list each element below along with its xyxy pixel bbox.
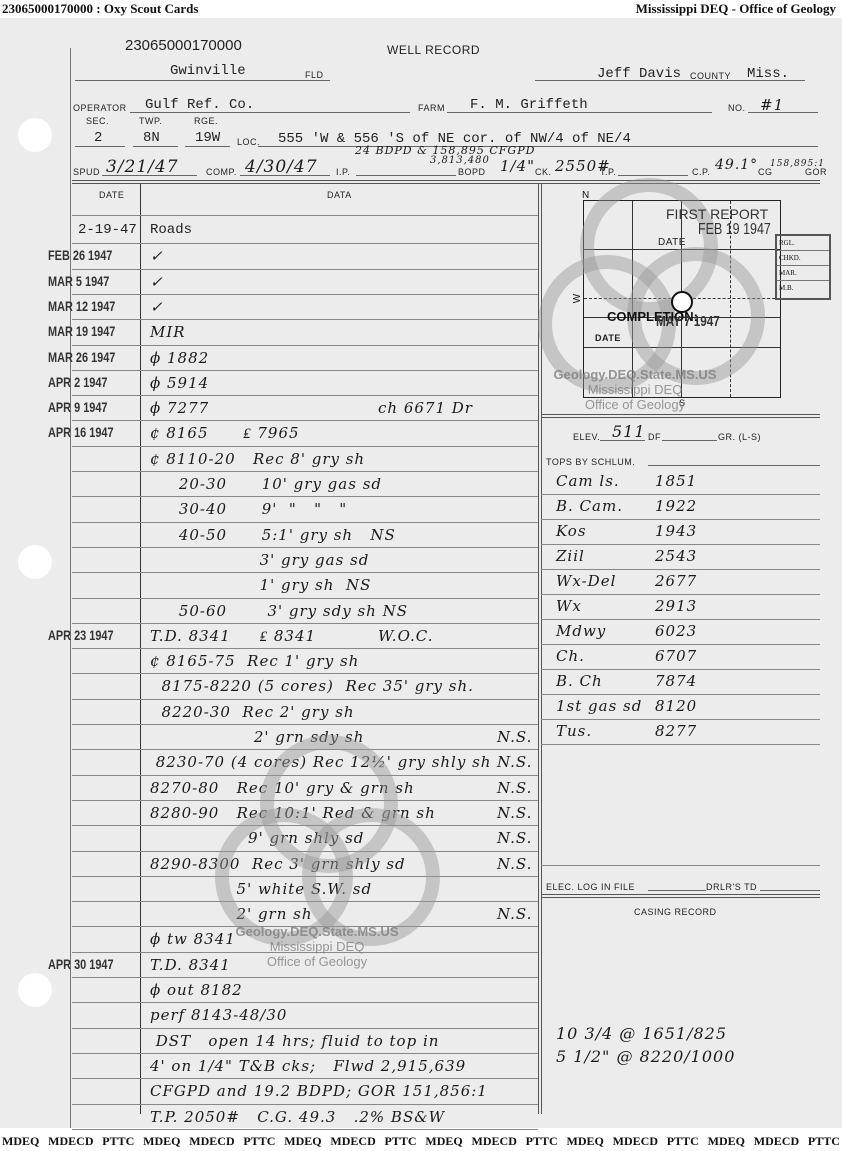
row-rule bbox=[72, 446, 538, 447]
choke-value: 1/4" bbox=[500, 157, 535, 175]
footer-tags: MDEQMDECDPTTCMDEQMDECDPTTCMDEQMDECDPTTCM… bbox=[0, 1134, 842, 1149]
row-rule bbox=[72, 496, 538, 497]
log-note: N.S. bbox=[497, 728, 532, 746]
log-entry: 1' gry sh NS bbox=[150, 576, 371, 594]
ip-label: I.P. bbox=[336, 167, 350, 177]
punch-hole bbox=[18, 973, 52, 1007]
spud-label: SPUD bbox=[73, 167, 100, 177]
top-name: Tus. bbox=[556, 722, 592, 740]
log-note: N.S. bbox=[497, 804, 532, 822]
log-entry: 8175-8220 (5 cores) Rec 35' gry sh. bbox=[150, 677, 474, 695]
log-entry: ϕ 1882 bbox=[150, 349, 209, 367]
rge-value: 19W bbox=[195, 130, 220, 146]
drlr-td-label: DRLR'S TD bbox=[706, 882, 757, 892]
row-rule bbox=[72, 598, 538, 599]
county-label: COUNTY bbox=[690, 71, 731, 81]
top-name: Ch. bbox=[556, 647, 585, 665]
row-rule bbox=[72, 395, 538, 396]
row-rule bbox=[72, 1002, 538, 1003]
punch-hole bbox=[18, 545, 52, 579]
row-rule bbox=[72, 699, 538, 700]
no-label: NO. bbox=[728, 103, 746, 113]
cp-value: 49.1° bbox=[715, 157, 758, 173]
top-name: B. Ch bbox=[556, 672, 603, 690]
log-entry: 30-40 9' " " " bbox=[150, 500, 347, 518]
completion-date: MAY 7 1947 bbox=[656, 313, 720, 330]
log-entry: 8220-30 Rec 2' gry sh bbox=[150, 703, 355, 721]
operator-label: OPERATOR bbox=[73, 103, 127, 113]
check-mar: MAR. bbox=[777, 266, 829, 281]
comp-value: 4/30/47 bbox=[245, 157, 318, 177]
footer-tag: MDECD bbox=[330, 1134, 375, 1149]
check-chkd: CHKD. bbox=[777, 251, 829, 266]
log-entry: ✓ bbox=[150, 298, 164, 316]
row-rule bbox=[72, 724, 538, 725]
row-rule bbox=[72, 623, 538, 624]
log-entry: ϕ 7277 bbox=[150, 399, 209, 417]
log-date: APR 30 1947 bbox=[48, 956, 114, 972]
top-name: 1st gas sd bbox=[556, 697, 642, 715]
log-note: N.S. bbox=[497, 779, 532, 797]
log-entry: 3' gry gas sd bbox=[150, 551, 369, 569]
ck-label: CK. bbox=[535, 167, 552, 177]
row-rule bbox=[72, 370, 538, 371]
log-date: APR 23 1947 bbox=[48, 627, 114, 643]
df-label: DF bbox=[648, 432, 661, 442]
row-rule bbox=[72, 1129, 538, 1130]
top-depth: 2543 bbox=[655, 547, 697, 565]
footer-tag: MDEQ bbox=[425, 1134, 462, 1149]
log-entry: ¢ 8165 ₤ 7965 bbox=[150, 424, 300, 443]
log-entry: T.D. 8341 ₤ 8341 bbox=[150, 627, 316, 646]
watermark-text: Geology.DEQ.State.MS.US Mississippi DEQ … bbox=[222, 924, 412, 969]
log-date: MAR 12 1947 bbox=[48, 298, 115, 314]
row-rule bbox=[72, 547, 538, 548]
log-date: MAR 26 1947 bbox=[48, 349, 115, 365]
footer-tag: MDEQ bbox=[284, 1134, 321, 1149]
log-entry: ϕ 5914 bbox=[150, 374, 209, 392]
footer-tag: MDEQ bbox=[708, 1134, 745, 1149]
farm-label: FARM bbox=[418, 103, 445, 113]
ip-note-line2: 3,813,480 bbox=[430, 155, 490, 166]
tops-label: TOPS BY SCHLUM. bbox=[546, 457, 635, 467]
row-rule bbox=[72, 572, 538, 573]
top-name: Ziil bbox=[556, 547, 585, 565]
elev-label: ELEV. bbox=[573, 432, 600, 442]
log-note: W.O.C. bbox=[378, 627, 433, 645]
log-entry: 4' on 1/4" T&B cks; Flwd 2,915,639 bbox=[150, 1057, 466, 1075]
top-depth: 8120 bbox=[655, 697, 697, 715]
footer-tag: PTTC bbox=[526, 1134, 558, 1149]
log-entry: ϕ out 8182 bbox=[150, 981, 243, 999]
date-column-header: DATE bbox=[99, 190, 124, 200]
footer-tag: PTTC bbox=[808, 1134, 840, 1149]
header-right-title: Mississippi DEQ - Office of Geology bbox=[636, 1, 836, 17]
log-date: 2-19-47 bbox=[78, 222, 137, 238]
cp-label: C.P. bbox=[692, 167, 710, 177]
log-date: APR 16 1947 bbox=[48, 424, 114, 440]
log-note: N.S. bbox=[497, 753, 532, 771]
top-name: Wx-Del bbox=[556, 572, 616, 590]
log-date: FEB 26 1947 bbox=[48, 247, 112, 263]
log-note: ch 6671 Dr bbox=[378, 399, 473, 417]
footer-tag: PTTC bbox=[243, 1134, 275, 1149]
well-number: #1 bbox=[760, 96, 784, 114]
log-entry: ¢ 8110-20 Rec 8' gry sh bbox=[150, 450, 365, 468]
farm-value: F. M. Griffeth bbox=[470, 97, 588, 113]
log-entry: 20-30 10' gry gas sd bbox=[150, 475, 382, 493]
footer-tag: PTTC bbox=[667, 1134, 699, 1149]
row-rule bbox=[72, 243, 538, 244]
field-label: FLD bbox=[305, 70, 324, 80]
tp-label: T.P. bbox=[600, 167, 616, 177]
casing-record-title: CASING RECORD bbox=[634, 907, 717, 917]
elec-log-label: ELEC. LOG IN FILE bbox=[546, 882, 635, 892]
header-left-title: 23065000170000 : Oxy Scout Cards bbox=[2, 1, 198, 17]
top-depth: 6707 bbox=[655, 647, 697, 665]
state-value: Miss. bbox=[747, 66, 789, 82]
gr-label: GR. (L-S) bbox=[718, 432, 761, 442]
twp-value: 8N bbox=[143, 130, 160, 146]
row-rule bbox=[72, 1078, 538, 1079]
watermark-text: Geology.DEQ.State.MS.US Mississippi DEQ … bbox=[540, 367, 730, 412]
log-entry: ✓ bbox=[150, 273, 164, 291]
log-entry: perf 8143-48/30 bbox=[150, 1006, 287, 1024]
field-value: Gwinville bbox=[170, 63, 246, 79]
top-depth: 7874 bbox=[655, 672, 697, 690]
log-entry: CFGPD and 19.2 BDPD; GOR 151,856:1 bbox=[150, 1082, 488, 1100]
row-rule bbox=[72, 319, 538, 320]
log-entry: 40-50 5:1' gry sh NS bbox=[150, 526, 396, 544]
data-column-header: DATA bbox=[327, 190, 352, 200]
punch-hole bbox=[18, 118, 52, 152]
log-note: N.S. bbox=[497, 855, 532, 873]
footer-tag: MDEQ bbox=[143, 1134, 180, 1149]
elev-value: 511 bbox=[612, 422, 646, 441]
row-rule bbox=[72, 648, 538, 649]
rge-label: RGE. bbox=[194, 116, 218, 126]
log-entry: Roads bbox=[150, 222, 192, 238]
page-header: 23065000170000 : Oxy Scout Cards Mississ… bbox=[0, 0, 842, 18]
top-name: Cam ls. bbox=[556, 472, 620, 490]
top-name: Mdwy bbox=[556, 622, 606, 640]
row-rule bbox=[72, 345, 538, 346]
row-rule bbox=[72, 1028, 538, 1029]
log-note: N.S. bbox=[497, 829, 532, 847]
log-date: APR 2 1947 bbox=[48, 374, 107, 390]
loc-label: LOC. bbox=[237, 137, 260, 147]
row-rule bbox=[72, 1053, 538, 1054]
footer-tag: PTTC bbox=[385, 1134, 417, 1149]
row-rule bbox=[72, 294, 538, 295]
log-date: APR 9 1947 bbox=[48, 399, 107, 415]
row-rule bbox=[72, 522, 538, 523]
top-depth: 1922 bbox=[655, 497, 697, 515]
footer-tag: MDEQ bbox=[567, 1134, 604, 1149]
casing-item: 5 1/2" @ 8220/1000 bbox=[556, 1047, 735, 1066]
footer-tag: MDECD bbox=[472, 1134, 517, 1149]
top-depth: 1943 bbox=[655, 522, 697, 540]
top-depth: 2677 bbox=[655, 572, 697, 590]
log-entry: ✓ bbox=[150, 247, 164, 265]
spud-value: 3/21/47 bbox=[106, 157, 179, 177]
card-title: WELL RECORD bbox=[387, 43, 480, 57]
comp-label: COMP. bbox=[206, 167, 237, 177]
log-entry: ¢ 8165-75 Rec 1' gry sh bbox=[150, 652, 359, 670]
operator-value: Gulf Ref. Co. bbox=[145, 97, 254, 113]
footer-tag: MDECD bbox=[48, 1134, 93, 1149]
plat-west: W bbox=[572, 294, 583, 303]
top-name: Kos bbox=[556, 522, 587, 540]
top-depth: 1851 bbox=[655, 472, 697, 490]
row-rule bbox=[72, 673, 538, 674]
log-date: MAR 5 1947 bbox=[48, 273, 109, 289]
top-depth: 6023 bbox=[655, 622, 697, 640]
log-date: MAR 19 1947 bbox=[48, 323, 115, 339]
row-rule bbox=[72, 471, 538, 472]
footer-tag: MDECD bbox=[613, 1134, 658, 1149]
log-entry: DST open 14 hrs; fluid to top in bbox=[150, 1032, 439, 1050]
log-entry: MIR bbox=[150, 323, 186, 341]
row-rule bbox=[72, 420, 538, 421]
top-name: B. Cam. bbox=[556, 497, 623, 515]
footer-tag: MDECD bbox=[189, 1134, 234, 1149]
row-rule bbox=[72, 269, 538, 270]
log-entry: 50-60 3' gry sdy sh NS bbox=[150, 602, 408, 620]
bopd-label: BOPD bbox=[458, 167, 486, 177]
top-name: Wx bbox=[556, 597, 582, 615]
check-stamp: RGL. CHKD. MAR. M.B. bbox=[775, 234, 831, 300]
top-depth: 8277 bbox=[655, 722, 697, 740]
log-note: N.S. bbox=[497, 905, 532, 923]
check-rgl: RGL. bbox=[777, 236, 829, 251]
api-number: 23065000170000 bbox=[125, 37, 242, 54]
sec-label: SEC. bbox=[86, 116, 109, 126]
county-value: Jeff Davis bbox=[597, 66, 681, 82]
sec-value: 2 bbox=[94, 130, 102, 146]
twp-label: TWP. bbox=[139, 116, 162, 126]
log-entry: T.P. 2050# C.G. 49.3 .2% BS&W bbox=[150, 1108, 445, 1126]
first-report-date: FEB 19 1947 bbox=[698, 221, 771, 239]
first-report-label: FIRST REPORT bbox=[666, 206, 768, 222]
footer-tag: PTTC bbox=[102, 1134, 134, 1149]
check-mb: M.B. bbox=[777, 281, 829, 295]
row-rule bbox=[72, 977, 538, 978]
top-depth: 2913 bbox=[655, 597, 697, 615]
first-report-date-label: DATE bbox=[658, 237, 686, 248]
completion-date-label: DATE bbox=[595, 333, 621, 343]
footer-tag: MDECD bbox=[754, 1134, 799, 1149]
log-entry: T.D. 8341 bbox=[150, 956, 231, 974]
footer-tag: MDEQ bbox=[2, 1134, 39, 1149]
row-rule bbox=[72, 1104, 538, 1105]
gor-label: GOR bbox=[805, 167, 827, 177]
casing-item: 10 3/4 @ 1651/825 bbox=[556, 1024, 727, 1043]
